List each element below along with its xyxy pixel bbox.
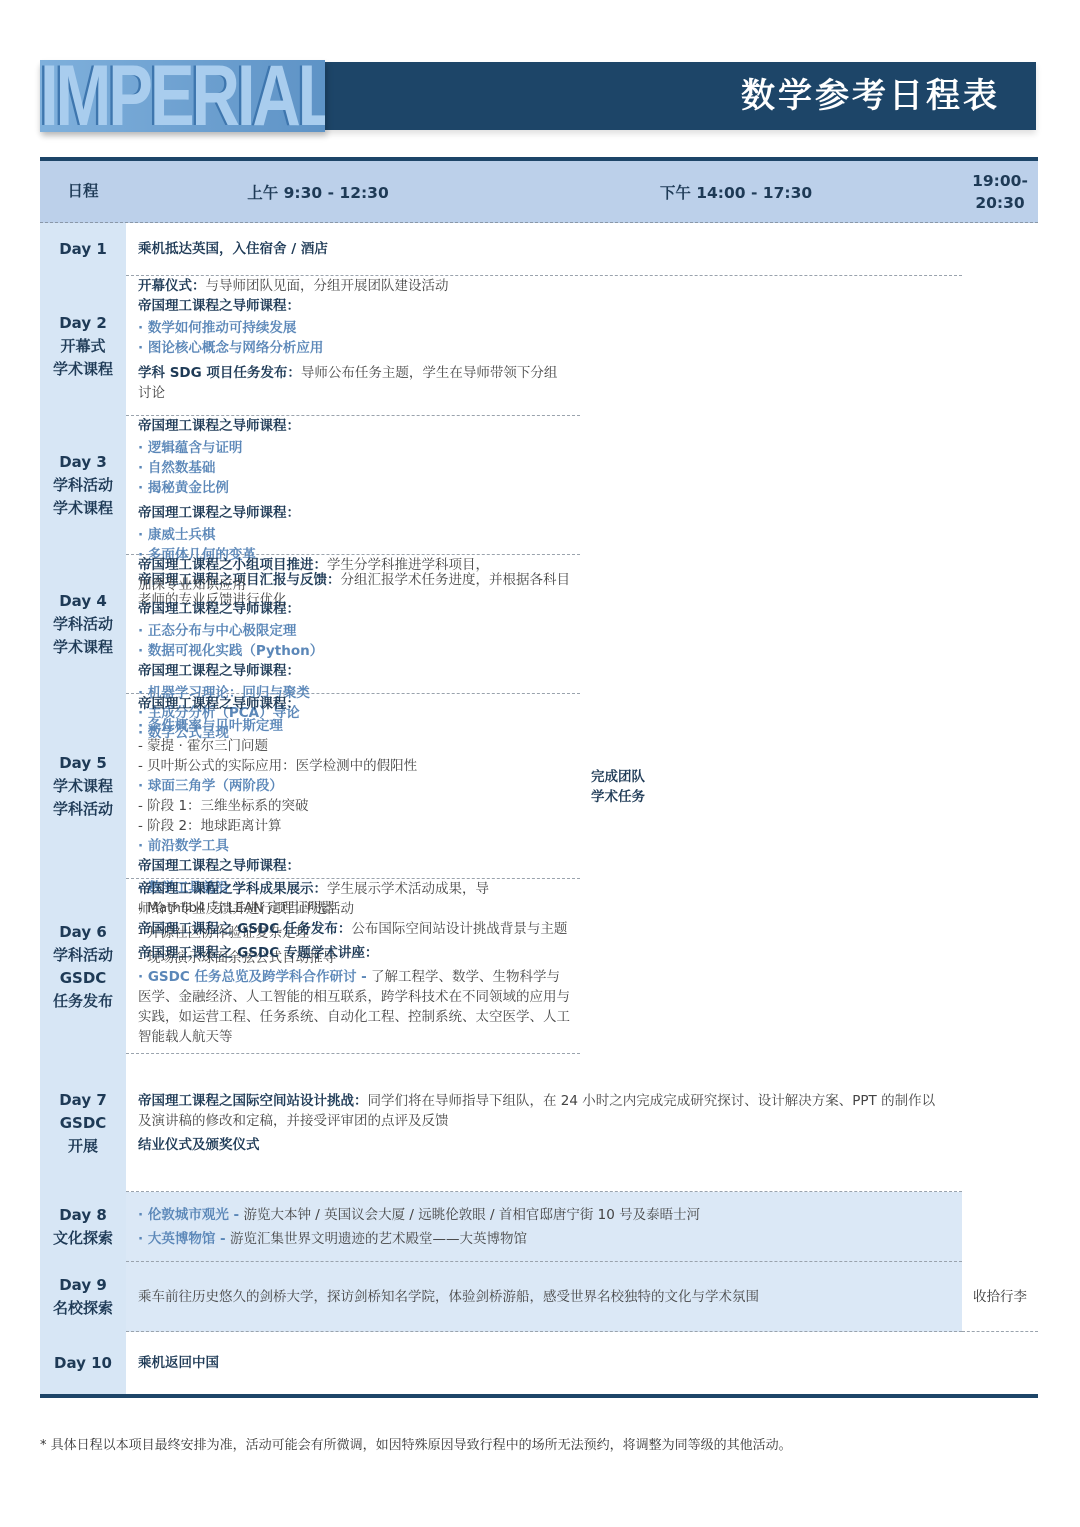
course-list: 条件概率与贝叶斯定理 蒙提 · 霍尔三门问题 贝叶斯公式的实际应用：医学检测中的… [138, 716, 498, 856]
day-subtitle: 学科活动 [53, 613, 113, 636]
day-label: Day 8 文化探索 [40, 1192, 126, 1262]
course-subitem: 阶段 2：地球距离计算 [138, 816, 498, 836]
day2-cells: 开幕仪式：与导师团队见面，分组开展团队建设活动 帝国理工课程之导师课程： 数学如… [126, 276, 580, 416]
course-title: 帝国理工课程之导师课程： [138, 416, 498, 436]
day-label: Day 4 学科活动 学术课程 [40, 555, 126, 694]
day6-pm: 帝国理工课程之 GSDC 任务发布：公布国际空间站设计挑战背景与主题 帝国理工课… [126, 919, 580, 1047]
course-title: 帝国理工课程之导师课程： [138, 694, 498, 714]
day-label: Day 10 [40, 1332, 126, 1394]
day-subtitle: 任务发布 [53, 990, 113, 1013]
day2-pm: 帝国理工课程之导师课程： 数学如何推动可持续发展 图论核心概念与网络分析应用 学… [126, 296, 580, 403]
table-bottom-rule [40, 1394, 1038, 1398]
day6-am: 帝国理工课程之学科成果展示：学生展示学术活动成果，导师给予专业反馈并进行项目评选… [126, 879, 508, 919]
day4-cells: 帝国理工课程之小组项目推进：学生分学科推进学科项目，加深专业知识应用 帝国理工课… [126, 555, 580, 694]
table-row-day3: Day 3 学科活动 学术课程 帝国理工课程之导师课程： 逻辑蕴含与证明 自然数… [40, 416, 1038, 555]
day9-evening: 收拾行李 [962, 1262, 1038, 1332]
closing-ceremony: 结业仪式及颁奖仪式 [138, 1135, 942, 1155]
day6-cells: 帝国理工课程之学科成果展示：学生展示学术活动成果，导师给予专业反馈并进行项目评选… [126, 879, 580, 1054]
evening-text: 完成团队 [591, 767, 645, 787]
course-item: 条件概率与贝叶斯定理 [138, 716, 498, 736]
course-item: 前沿数学工具 [138, 836, 498, 856]
course-title: 帝国理工课程之导师课程： [138, 503, 570, 523]
day1-activity: 乘机抵达英国，入住宿舍 / 酒店 [126, 223, 962, 276]
course-item: 图论核心概念与网络分析应用 [138, 338, 570, 358]
course-list: 逻辑蕴含与证明 自然数基础 揭秘黄金比例 [138, 438, 498, 498]
header-evening: 19:00- 20:30 [962, 170, 1038, 214]
tour-name: · 伦敦城市观光 - [138, 1207, 239, 1223]
day8-activity: · 伦敦城市观光 - 游览大本钟 / 英国议会大厦 / 远眺伦敦眼 / 首相官邸… [126, 1192, 962, 1262]
day-subtitle: 学科活动 [53, 474, 113, 497]
day-label: Day 1 [40, 223, 126, 276]
day2-am: 开幕仪式：与导师团队见面，分组开展团队建设活动 [126, 276, 508, 296]
header-evening-line1: 19:00- [972, 170, 1028, 192]
day-number: Day 7 [59, 1089, 107, 1112]
course-title: 帝国理工课程之导师课程： [138, 661, 570, 681]
day-label: Day 9 名校探索 [40, 1262, 126, 1332]
course-subitem: 阶段 1：三维坐标系的突破 [138, 796, 498, 816]
table-row-day5: Day 5 学术课程 学科活动 帝国理工课程之导师课程： 条件概率与贝叶斯定理 … [40, 694, 1038, 879]
course-title: 帝国理工课程之导师课程： [138, 856, 570, 876]
table-row-day1: Day 1 乘机抵达英国，入住宿舍 / 酒店 [40, 223, 1038, 276]
tour-description: 游览汇集世界文明遗迹的艺术殿堂——大英博物馆 [226, 1231, 527, 1247]
day-subtitle: 学术课程 [53, 636, 113, 659]
imperial-logo: IMPERIAL [40, 60, 325, 132]
day10-text: 乘机返回中国 [138, 1353, 942, 1373]
header-day: 日程 [40, 180, 126, 203]
day-subtitle: 学术课程 [53, 497, 113, 520]
day-number: Day 4 [59, 590, 107, 613]
evening-text: 学术任务 [591, 787, 645, 807]
day5-am: 帝国理工课程之导师课程： 条件概率与贝叶斯定理 蒙提 · 霍尔三门问题 贝叶斯公… [126, 694, 508, 856]
table-row-day2: Day 2 开幕式 学术课程 开幕仪式：与导师团队见面，分组开展团队建设活动 帝… [40, 276, 1038, 416]
course-title: 帝国理工课程之导师课程： [138, 296, 570, 316]
day-subtitle: 学科活动 [53, 944, 113, 967]
lecture-topic-text: GSDC 任务总览及跨学科合作研讨 - [148, 969, 367, 985]
day-subtitle: 学科活动 [53, 798, 113, 821]
day3-am: 帝国理工课程之导师课程： 逻辑蕴含与证明 自然数基础 揭秘黄金比例 [126, 416, 508, 503]
lecture-topic: · GSDC 任务总览及跨学科合作研讨 - [138, 969, 367, 985]
day-label: Day 6 学科活动 GSDC 任务发布 [40, 879, 126, 1054]
day1-text: 乘机抵达英国，入住宿舍 / 酒店 [138, 239, 942, 259]
day7-activity: 帝国理工课程之国际空间站设计挑战：同学们将在导师指导下组队，在 24 小时之内完… [126, 1054, 962, 1192]
day-number: Day 3 [59, 451, 107, 474]
day-number: Day 6 [59, 921, 107, 944]
header-day-label: 日程 [67, 180, 98, 203]
header-evening-line2: 20:30 [975, 192, 1024, 214]
table-header-row: 日程 上午 9:30 - 12:30 下午 14:00 - 17:30 19:0… [40, 161, 1038, 223]
activity-label: 帝国理工课程之学科成果展示： [138, 881, 327, 897]
course-item: 康威士兵棋 [138, 525, 570, 545]
course-item: 逻辑蕴含与证明 [138, 438, 498, 458]
course-list: 数学如何推动可持续发展 图论核心概念与网络分析应用 [138, 318, 570, 358]
logo-text: IMPERIAL [40, 60, 325, 132]
tour-name-text: 大英博物馆 - [148, 1231, 226, 1247]
day-number: Day 2 [59, 312, 107, 335]
day-subtitle: 名校探索 [53, 1297, 113, 1320]
day-label: Day 7 GSDC 开展 [40, 1054, 126, 1192]
table-row-day9: Day 9 名校探索 乘车前往历史悠久的剑桥大学，探访剑桥知名学院，体验剑桥游船… [40, 1262, 1038, 1332]
schedule-table: 日程 上午 9:30 - 12:30 下午 14:00 - 17:30 19:0… [40, 157, 1038, 1398]
tour-name-text: 伦敦城市观光 - [148, 1207, 239, 1223]
footnote: * 具体日程以本项目最终安排为准，活动可能会有所微调，如因特殊原因导致行程中的场… [40, 1434, 792, 1453]
day9-activity: 乘车前往历史悠久的剑桥大学，探访剑桥知名学院，体验剑桥游船，感受世界名校独特的文… [126, 1262, 962, 1332]
day3-cells: 帝国理工课程之导师课程： 逻辑蕴含与证明 自然数基础 揭秘黄金比例 帝国理工课程… [126, 416, 580, 555]
table-row-day7: Day 7 GSDC 开展 帝国理工课程之国际空间站设计挑战：同学们将在导师指导… [40, 1054, 1038, 1192]
day-number: Day 8 [59, 1204, 107, 1227]
activity-text: 与导师团队见面，分组开展团队建设活动 [206, 278, 449, 294]
day-number: Day 5 [59, 752, 107, 775]
evening-text: 收拾行李 [973, 1287, 1027, 1307]
activity-label: 帝国理工课程之国际空间站设计挑战： [138, 1093, 368, 1109]
lecture-title: 帝国理工课程之 GSDC 专题学术讲座： [138, 943, 570, 963]
table-row-day8: Day 8 文化探索 · 伦敦城市观光 - 游览大本钟 / 英国议会大厦 / 远… [40, 1192, 1038, 1262]
course-item: 数学如何推动可持续发展 [138, 318, 570, 338]
course-list: 正态分布与中心极限定理 数据可视化实践（Python） [138, 621, 498, 661]
activity-text: 乘车前往历史悠久的剑桥大学，探访剑桥知名学院，体验剑桥游船，感受世界名校独特的文… [138, 1287, 942, 1307]
page-title: 数学参考日程表 [741, 74, 1000, 118]
day5-evening: 完成团队 学术任务 [580, 694, 656, 879]
day-subtitle: GSDC [60, 1112, 107, 1135]
header-pm: 下午 14:00 - 17:30 [508, 181, 962, 203]
activity-label: 帝国理工课程之小组项目推进： [138, 557, 327, 573]
table-row-day4: Day 4 学科活动 学术课程 帝国理工课程之小组项目推进：学生分学科推进学科项… [40, 555, 1038, 694]
header-am: 上午 9:30 - 12:30 [126, 181, 508, 203]
activity-label: 帝国理工课程之 GSDC 任务发布： [138, 921, 351, 937]
course-item: 数据可视化实践（Python） [138, 641, 498, 661]
day-subtitle: 学术课程 [53, 775, 113, 798]
day10-activity: 乘机返回中国 [126, 1332, 962, 1394]
activity-label: 学科 SDG 项目任务发布： [138, 365, 301, 381]
day-number: Day 10 [54, 1352, 112, 1375]
day-subtitle: 开幕式 [60, 335, 105, 358]
day5-cells: 帝国理工课程之导师课程： 条件概率与贝叶斯定理 蒙提 · 霍尔三门问题 贝叶斯公… [126, 694, 580, 879]
activity-label: 开幕仪式： [138, 278, 206, 294]
day-label: Day 5 学术课程 学科活动 [40, 694, 126, 879]
day-subtitle: 文化探索 [53, 1227, 113, 1250]
tour-name: · 大英博物馆 - [138, 1231, 226, 1247]
table-row-day10: Day 10 乘机返回中国 [40, 1332, 1038, 1394]
day-label: Day 3 学科活动 学术课程 [40, 416, 126, 555]
course-subitem: 蒙提 · 霍尔三门问题 [138, 736, 498, 756]
day-subtitle: 学术课程 [53, 358, 113, 381]
day-number: Day 9 [59, 1274, 107, 1297]
day-subtitle: 开展 [68, 1135, 98, 1158]
day-subtitle: GSDC [60, 967, 107, 990]
course-item: 自然数基础 [138, 458, 498, 478]
course-item: 正态分布与中心极限定理 [138, 621, 498, 641]
course-item: 揭秘黄金比例 [138, 478, 498, 498]
day4-am: 帝国理工课程之小组项目推进：学生分学科推进学科项目，加深专业知识应用 帝国理工课… [126, 555, 508, 661]
course-title: 帝国理工课程之导师课程： [138, 599, 498, 619]
course-item: 球面三角学（两阶段） [138, 776, 498, 796]
day-label: Day 2 开幕式 学术课程 [40, 276, 126, 416]
activity-text: 公布国际空间站设计挑战背景与主题 [351, 921, 567, 937]
day-number: Day 1 [59, 238, 107, 261]
tour-description: 游览大本钟 / 英国议会大厦 / 远眺伦敦眼 / 首相官邸唐宁街 10 号及泰晤… [239, 1207, 700, 1223]
table-row-day6: Day 6 学科活动 GSDC 任务发布 帝国理工课程之学科成果展示：学生展示学… [40, 879, 1038, 1054]
course-subitem: 贝叶斯公式的实际应用：医学检测中的假阳性 [138, 756, 498, 776]
